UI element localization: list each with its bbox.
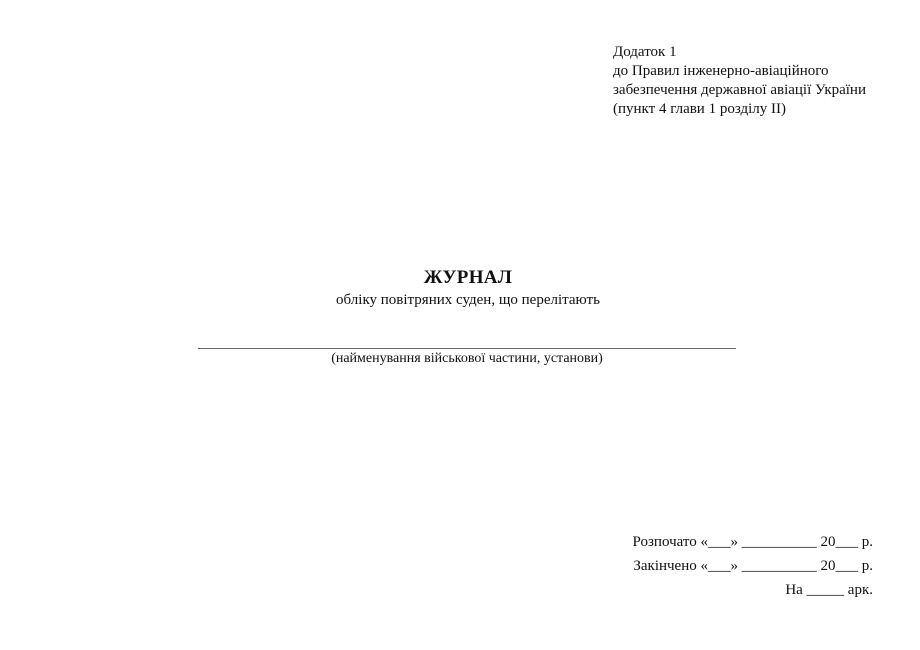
appendix-clause-reference: (пункт 4 глави 1 розділу II)	[613, 100, 866, 119]
document-title: ЖУРНАЛ	[0, 267, 920, 289]
appendix-note: Додаток 1 до Правил інженерно-авіаційног…	[613, 43, 866, 119]
journal-dates-block: Розпочато «___» __________ 20___ р. Закі…	[633, 532, 873, 604]
unit-name-field-line[interactable]	[198, 348, 736, 349]
finished-date-line: Закінчено «___» __________ 20___ р.	[633, 556, 873, 580]
document-subtitle: обліку повітряних суден, що перелітають	[0, 292, 920, 309]
appendix-rules-reference: до Правил інженерно-авіаційного	[613, 62, 866, 81]
sheet-count-line: На _____ арк.	[633, 580, 873, 604]
appendix-rules-reference-cont: забезпечення державної авіації України	[613, 81, 866, 100]
started-date-line: Розпочато «___» __________ 20___ р.	[633, 532, 873, 556]
appendix-number: Додаток 1	[613, 43, 866, 62]
unit-name-caption: (найменування військової частини, устано…	[198, 351, 736, 367]
